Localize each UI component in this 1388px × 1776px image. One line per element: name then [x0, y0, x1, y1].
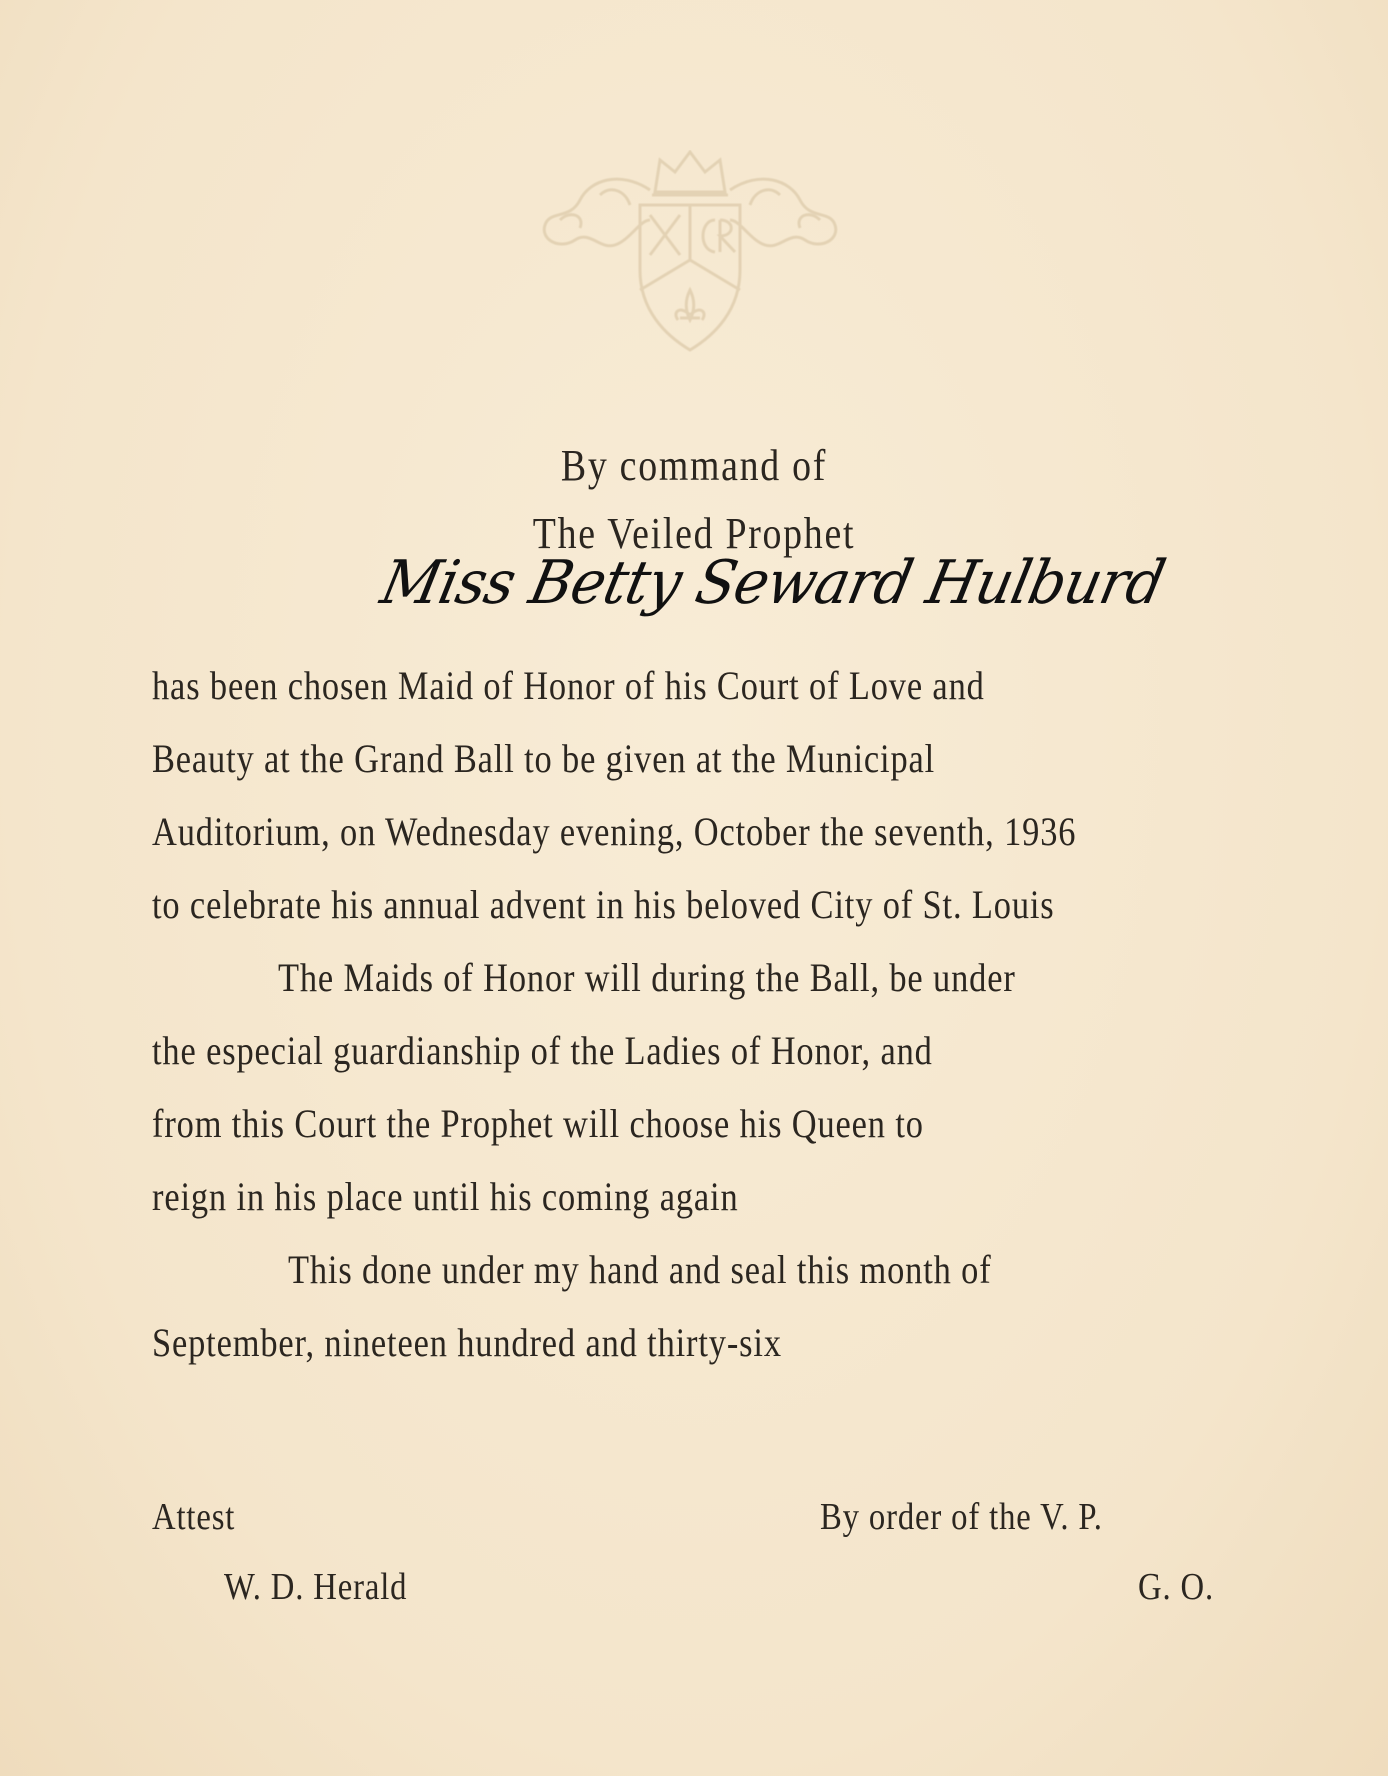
- body-line-9: This done under my hand and seal this mo…: [288, 1246, 992, 1293]
- attest-label: Attest: [152, 1495, 235, 1539]
- body-line-8: reign in his place until his coming agai…: [152, 1173, 739, 1220]
- body-line-10: September, nineteen hundred and thirty-s…: [152, 1319, 782, 1366]
- body-line-3: Auditorium, on Wednesday evening, Octobe…: [152, 808, 1076, 855]
- body-line-1: has been chosen Maid of Honor of his Cou…: [152, 662, 985, 709]
- body-line-7: from this Court the Prophet will choose …: [152, 1100, 924, 1147]
- order-label: By order of the V. P.: [820, 1495, 1103, 1539]
- body-line-2: Beauty at the Grand Ball to be given at …: [152, 735, 935, 782]
- embossed-crest-icon: [540, 150, 840, 355]
- body-line-6: the especial guardianship of the Ladies …: [152, 1027, 933, 1074]
- body-line-5: The Maids of Honor will during the Ball,…: [278, 954, 1016, 1001]
- order-initials: G. O.: [1138, 1565, 1214, 1609]
- invitation-page: By command of The Veiled Prophet Miss Be…: [0, 0, 1388, 1776]
- heading-line-1: By command of: [97, 440, 1291, 491]
- recipient-signature: Miss Betty Seward Hulburd: [375, 548, 1170, 618]
- body-line-4: to celebrate his annual advent in his be…: [152, 881, 1055, 928]
- attest-name: W. D. Herald: [224, 1565, 407, 1609]
